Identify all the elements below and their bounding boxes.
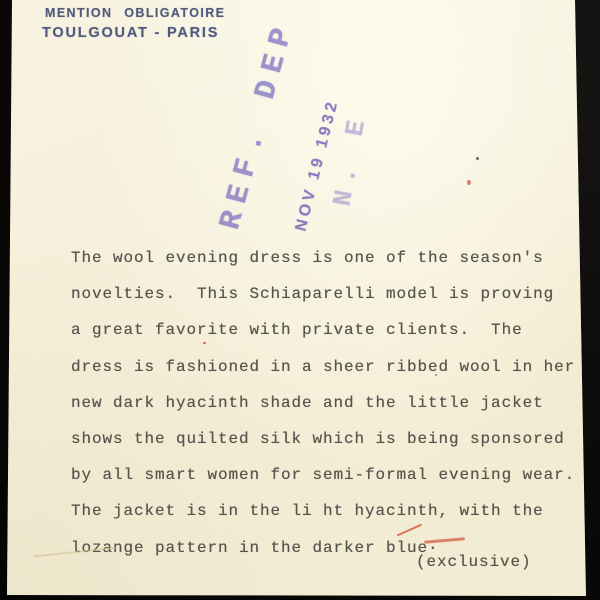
ink-speck — [467, 180, 471, 185]
ink-speck — [476, 157, 479, 160]
publisher-stamp: MENTION OBLIGATOIRE TOULGOUAT - PARIS — [45, 6, 225, 41]
paper-sheet: MENTION OBLIGATOIRE TOULGOUAT - PARIS RE… — [0, 0, 600, 600]
credit-label: (exclusive) — [416, 553, 532, 571]
caption-line: novelties. This Schiaparelli model is pr… — [71, 276, 591, 312]
ink-speck — [203, 342, 206, 344]
photo-backdrop: MENTION OBLIGATOIRE TOULGOUAT - PARIS RE… — [0, 0, 600, 600]
caption-line: by all smart women for semi-formal eveni… — [71, 457, 591, 493]
publisher-stamp-line2: TOULGOUAT - PARIS — [42, 25, 225, 41]
caption-line: shows the quilted silk which is being sp… — [71, 421, 591, 457]
caption-line: a great favorite with private clients. T… — [71, 312, 591, 348]
ink-speck — [435, 374, 437, 376]
caption-line: dress is fashioned in a sheer ribbed woo… — [71, 349, 591, 385]
caption-line: new dark hyacinth shade and the little j… — [71, 385, 591, 421]
ref-diagonal-stamp: REF. DEP — [216, 17, 301, 233]
publisher-stamp-line1: MENTION OBLIGATOIRE — [45, 6, 225, 20]
caption-line: The wool evening dress is one of the sea… — [71, 240, 591, 276]
caption-text: The wool evening dress is one of the sea… — [71, 240, 591, 566]
caption-line: The jacket is in the li ht hyacinth, wit… — [71, 493, 591, 529]
